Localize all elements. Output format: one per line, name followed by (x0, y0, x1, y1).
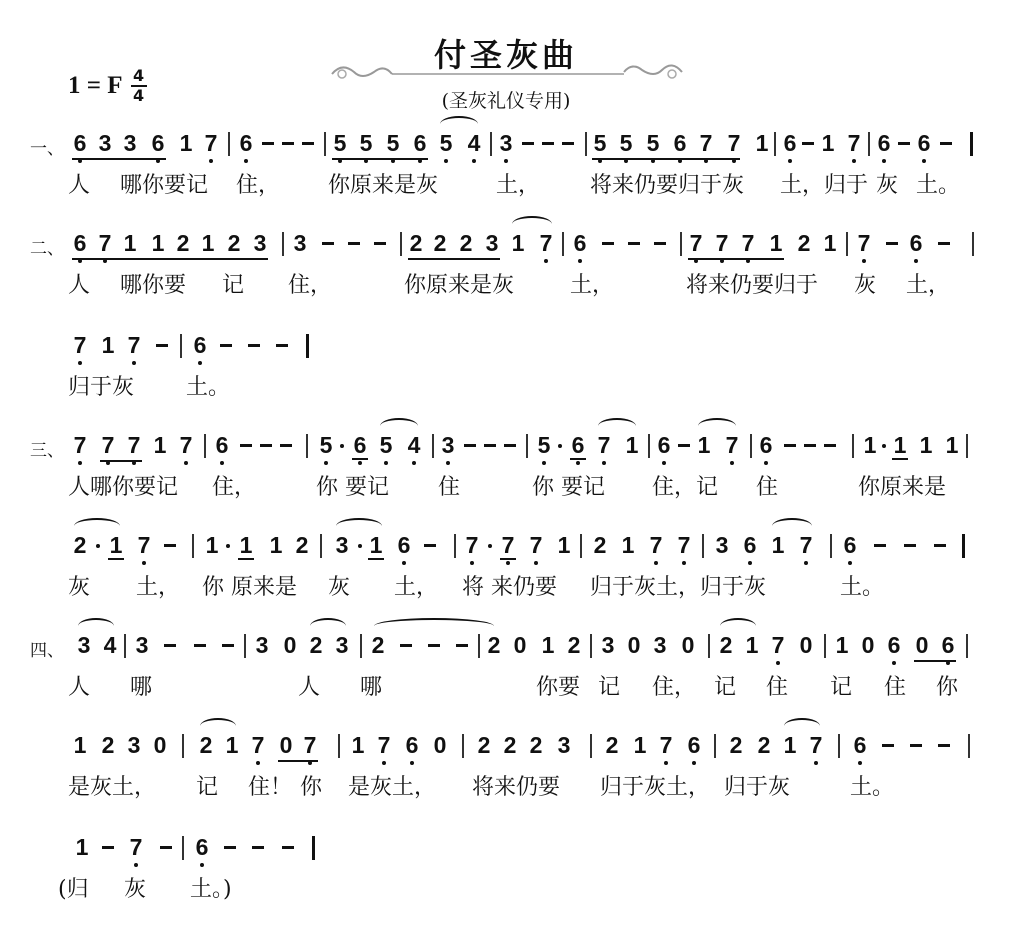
augmentation-dot (358, 544, 362, 548)
barline (228, 132, 230, 156)
note: 1 (540, 632, 556, 658)
verse-number: 三、 (30, 436, 64, 461)
lyric: 记 (714, 670, 736, 701)
augmentation-dot (488, 544, 492, 548)
song-subtitle: (圣灰礼仪专用) (0, 86, 1012, 113)
sustain-dash (940, 142, 952, 145)
note: 0 (626, 632, 642, 658)
note: 7 (856, 230, 872, 256)
lyric: 将来仍要 (472, 770, 560, 801)
verse-4-lyrics-cont: 是灰土， 记 住！ 你 是灰土， 将来仍要 归于灰土， 归于灰 土。 (0, 770, 1012, 800)
lyric: 灰 (328, 570, 350, 601)
barline (490, 132, 492, 156)
lyric: 住 (438, 470, 460, 501)
barline (320, 534, 322, 558)
barline (282, 232, 284, 256)
note: 7 (658, 732, 674, 758)
sustain-dash (262, 142, 274, 145)
sustain-dash (886, 242, 898, 245)
note: 6 (908, 230, 924, 256)
note: 2 (458, 230, 474, 256)
lyric: 记 (196, 770, 218, 801)
lyric: 住， (652, 670, 696, 701)
sustain-dash (282, 142, 294, 145)
note: 7 (846, 130, 862, 156)
sustain-dash (522, 142, 534, 145)
sustain-dash (260, 444, 272, 447)
note: 7 (676, 532, 692, 558)
barline (312, 836, 315, 860)
note: 5 (332, 130, 348, 156)
note: 6 (404, 732, 420, 758)
sustain-dash (456, 644, 468, 647)
lyric: 住， (288, 268, 332, 299)
barline (462, 734, 464, 758)
note: 2 (728, 732, 744, 758)
barline (708, 634, 710, 658)
verse-2-lyrics-cont: 归于灰 土。 (0, 370, 1012, 400)
note: 1 (224, 732, 240, 758)
lyric: 土， (496, 168, 540, 199)
note: 5 (592, 130, 608, 156)
barline (306, 334, 309, 358)
note: 4 (406, 432, 422, 458)
lyric: 灰 (876, 168, 898, 199)
note: 2 (796, 230, 812, 256)
note: 0 (798, 632, 814, 658)
slur-arc (336, 518, 382, 534)
sustain-dash (882, 744, 894, 747)
barline (750, 434, 752, 458)
sustain-dash (194, 644, 206, 647)
verse-1-lyrics: 人 哪你要记 住， 你原来是灰 土， 将来仍要归于灰 土，归于 灰 土。 (0, 168, 1012, 198)
note: 2 (486, 632, 502, 658)
note: 7 (798, 532, 814, 558)
lyric: 住 (766, 670, 788, 701)
note: 6 (570, 432, 586, 460)
verse-4-lyrics-end: (归 灰 土。) (0, 872, 1012, 902)
note: 7 (726, 130, 742, 156)
beam-underline (72, 158, 166, 160)
lyric: 哪你要 (120, 268, 186, 299)
sustain-dash (904, 544, 916, 547)
beam-underline (408, 258, 500, 260)
key-label: 1 = F (68, 72, 123, 100)
sustain-dash (222, 644, 234, 647)
note: 7 (203, 130, 219, 156)
note: 6 (672, 130, 688, 156)
note: 2 (476, 732, 492, 758)
note: 2 (756, 732, 772, 758)
note: 1 (204, 532, 220, 558)
barline (968, 734, 970, 758)
sustain-dash (252, 846, 264, 849)
note: 6 (214, 432, 230, 458)
lyric: 土。 (840, 570, 884, 601)
note: 5 (618, 130, 634, 156)
sustain-dash (628, 242, 640, 245)
lyric: 你原来是灰 (404, 268, 514, 299)
barline (338, 734, 340, 758)
sustain-dash (824, 444, 836, 447)
lyric: 住！ (248, 770, 292, 801)
note: 6 (876, 130, 892, 156)
note: 7 (97, 230, 113, 256)
note: 3 (440, 432, 456, 458)
note: 6 (396, 532, 412, 558)
barline (702, 534, 704, 558)
note: 0 (432, 732, 448, 758)
beam-underline (688, 258, 784, 260)
lyric: 土， (136, 570, 180, 601)
note: 1 (200, 230, 216, 256)
note: 1 (108, 532, 124, 560)
note: 3 (252, 230, 268, 256)
barline (962, 534, 965, 558)
slur-arc (720, 618, 756, 634)
barline (590, 734, 592, 758)
note: 0 (860, 632, 876, 658)
verse-number: 二、 (30, 234, 64, 259)
note: 2 (408, 230, 424, 256)
barline (852, 434, 854, 458)
time-signature: 4 4 (131, 68, 147, 104)
slur-arc (380, 418, 418, 434)
lyric: 记 (830, 670, 852, 701)
sustain-dash (400, 644, 412, 647)
sustain-dash (784, 444, 796, 447)
sustain-dash (678, 444, 690, 447)
note: 7 (740, 230, 756, 256)
note: 6 (742, 532, 758, 558)
sustain-dash (160, 846, 172, 849)
augmentation-dot (226, 544, 230, 548)
sustain-dash (654, 242, 666, 245)
note: 1 (820, 130, 836, 156)
lyric: 土。) (190, 872, 232, 903)
lyric: 哪 (360, 670, 382, 701)
lyric: 哪 (130, 670, 152, 701)
sustain-dash (302, 142, 314, 145)
note: 3 (254, 632, 270, 658)
barline (180, 334, 182, 358)
note: 6 (192, 332, 208, 358)
beam-underline (278, 760, 318, 762)
lyric: 住 (756, 470, 778, 501)
note: 4 (102, 632, 118, 658)
sustain-dash (280, 444, 292, 447)
verse-2-notation-cont: 717 6 (0, 330, 1012, 366)
time-sig-top: 4 (133, 68, 144, 84)
sustain-dash (464, 444, 476, 447)
lyric: 土， (906, 268, 950, 299)
barline (192, 534, 194, 558)
note: 1 (768, 230, 784, 256)
sustain-dash (428, 644, 440, 647)
note: 7 (302, 732, 318, 758)
note: 6 (150, 130, 166, 156)
note: 1 (510, 230, 526, 256)
note: 6 (886, 632, 902, 658)
barline (182, 734, 184, 758)
barline (966, 434, 968, 458)
note: 2 (528, 732, 544, 758)
lyric: 将来仍要归于灰 (590, 168, 744, 199)
note: 6 (656, 432, 672, 458)
lyric: 将 来仍要 (462, 570, 557, 601)
note: 6 (852, 732, 868, 758)
note: 7 (464, 532, 480, 558)
verse-4-notation-end: 17 6 (0, 832, 1012, 868)
barline (360, 634, 362, 658)
lyric: 土。 (186, 370, 230, 401)
barline (454, 534, 456, 558)
verse-number: 四、 (30, 636, 64, 661)
slur-arc (698, 418, 736, 434)
note: 1 (620, 532, 636, 558)
sustain-dash (282, 846, 294, 849)
lyric: 归于灰土，归于灰 (590, 570, 766, 601)
barline (830, 534, 832, 558)
note: 7 (250, 732, 266, 758)
sustain-dash (562, 142, 574, 145)
note: 0 (680, 632, 696, 658)
note: 3 (600, 632, 616, 658)
note: 3 (556, 732, 572, 758)
note: 1 (100, 332, 116, 358)
note: 7 (528, 532, 544, 558)
note: 1 (892, 432, 908, 460)
lyric: 土。 (850, 770, 894, 801)
note: 2 (308, 632, 324, 658)
lyric: 灰 (854, 268, 876, 299)
beam-underline (72, 258, 268, 260)
note: 4 (466, 130, 482, 156)
beam-underline (332, 158, 428, 160)
note: 1 (72, 732, 88, 758)
note: 1 (822, 230, 838, 256)
note: 3 (484, 230, 500, 256)
note: 5 (645, 130, 661, 156)
note: 3 (714, 532, 730, 558)
note: 1 (152, 432, 168, 458)
note: 1 (632, 732, 648, 758)
slur-arc (440, 116, 478, 132)
note: 2 (592, 532, 608, 558)
sustain-dash (220, 344, 232, 347)
barline (970, 132, 973, 156)
note: 0 (278, 732, 294, 758)
barline (868, 132, 870, 156)
note: 2 (718, 632, 734, 658)
lyric: 住， (212, 470, 256, 501)
barline (846, 232, 848, 256)
note: 1 (74, 834, 90, 860)
note: 7 (770, 632, 786, 658)
barline (824, 634, 826, 658)
note: 7 (648, 532, 664, 558)
barline (400, 232, 402, 256)
note: 1 (944, 432, 960, 458)
lyric: 归于灰 (724, 770, 790, 801)
note: 1 (834, 632, 850, 658)
note: 6 (940, 632, 956, 658)
lyric: 土， (570, 268, 614, 299)
note: 1 (150, 230, 166, 256)
verse-3-notation-cont: 21 7 1112 31 6 7771 2177 3617 6 (0, 530, 1012, 566)
augmentation-dot (340, 444, 344, 448)
lyric: 住 (884, 670, 906, 701)
verse-3-lyrics: 人哪你要记 住， 你 要记 住 你 要记 住，记 住 你原来是 (0, 470, 1012, 500)
note: 2 (198, 732, 214, 758)
verse-4-notation-cont: 1230 21 707 1760 2223 2176 2217 6 (0, 730, 1012, 766)
sustain-dash (102, 846, 114, 849)
note: 2 (502, 732, 518, 758)
slur-arc (784, 718, 820, 734)
note: 2 (72, 532, 88, 558)
note: 3 (498, 130, 514, 156)
note: 3 (97, 130, 113, 156)
slur-arc (772, 518, 812, 534)
barline (774, 132, 776, 156)
note: 6 (352, 432, 368, 460)
lyric: 土，归于 (780, 168, 868, 199)
barline (966, 634, 968, 658)
note: 3 (292, 230, 308, 256)
verse-1-notation: 一、 6336 17 6 5556 54 3 555677 1 617 66 (0, 128, 1012, 164)
note: 7 (136, 532, 152, 558)
note: 1 (268, 532, 284, 558)
barline (972, 232, 974, 256)
slur-arc (374, 618, 494, 634)
note: 3 (652, 632, 668, 658)
augmentation-dot (558, 444, 562, 448)
beam-underline (914, 660, 956, 662)
slur-arc (200, 718, 236, 734)
note: 6 (686, 732, 702, 758)
note: 5 (438, 130, 454, 156)
barline (838, 734, 840, 758)
lyric: 你 要记 (532, 470, 605, 501)
sustain-dash (276, 344, 288, 347)
note: 5 (385, 130, 401, 156)
sustain-dash (898, 142, 910, 145)
sustain-dash (248, 344, 260, 347)
note: 5 (358, 130, 374, 156)
note: 7 (126, 332, 142, 358)
note: 0 (512, 632, 528, 658)
sustain-dash (484, 444, 496, 447)
sustain-dash (374, 242, 386, 245)
note: 6 (782, 130, 798, 156)
lyric: 是灰土， (348, 770, 436, 801)
verse-3-lyrics-cont: 灰 土， 你 原来是 灰 土， 将 来仍要 归于灰土，归于灰 土。 (0, 570, 1012, 600)
barline (590, 634, 592, 658)
lyric: 土。 (916, 168, 960, 199)
lyric: 人 (68, 168, 90, 199)
note: 3 (126, 732, 142, 758)
note: 0 (914, 632, 930, 658)
note: 7 (688, 230, 704, 256)
barline (182, 836, 184, 860)
lyric: 是灰土， (68, 770, 156, 801)
note: 0 (152, 732, 168, 758)
lyric: 住，记 (652, 470, 718, 501)
sustain-dash (802, 142, 814, 145)
lyric: 你 (300, 770, 322, 801)
barline (648, 434, 650, 458)
augmentation-dot (882, 444, 886, 448)
lyric: 人哪你要记 (68, 470, 178, 501)
note: 1 (368, 532, 384, 560)
verse-2-lyrics: 人 哪你要 记 住， 你原来是灰 土， 将来仍要归于 灰 土， (0, 268, 1012, 298)
sustain-dash (910, 744, 922, 747)
barline (306, 434, 308, 458)
sustain-dash (164, 544, 176, 547)
note: 6 (194, 834, 210, 860)
sustain-dash (504, 444, 516, 447)
key-signature: 1 = F 4 4 (68, 68, 147, 104)
note: 2 (175, 230, 191, 256)
lyric: 你 要记 (316, 470, 389, 501)
lyric: 人 (298, 670, 320, 701)
lyric: 归于灰土， (600, 770, 710, 801)
lyric: 你 (936, 670, 958, 701)
note: 5 (536, 432, 552, 458)
note: 3 (334, 532, 350, 558)
beam-underline (100, 460, 142, 462)
slur-arc (512, 216, 552, 232)
note: 6 (842, 532, 858, 558)
note: 7 (596, 432, 612, 458)
note: 1 (556, 532, 572, 558)
beam-underline (592, 158, 740, 160)
note: 1 (918, 432, 934, 458)
note: 7 (128, 834, 144, 860)
note: 5 (318, 432, 334, 458)
note: 6 (572, 230, 588, 256)
lyric: 土， (394, 570, 438, 601)
note: 5 (378, 432, 394, 458)
note: 7 (100, 432, 116, 458)
lyric: 你原来是 (858, 470, 946, 501)
note: 3 (134, 632, 150, 658)
barline (204, 434, 206, 458)
note: 1 (770, 532, 786, 558)
note: 7 (724, 432, 740, 458)
barline (585, 132, 587, 156)
time-sig-bottom: 4 (133, 88, 144, 104)
lyric: 人 (68, 268, 90, 299)
sustain-dash (164, 644, 176, 647)
sustain-dash (240, 444, 252, 447)
note: 7 (126, 432, 142, 458)
verse-4-lyrics: 人 哪 人 哪 你要 记 住， 记 住 记 住 你 (0, 670, 1012, 700)
lyric: 你要 (536, 670, 580, 701)
note: 1 (754, 130, 770, 156)
sustain-dash (322, 242, 334, 245)
note: 7 (376, 732, 392, 758)
note: 7 (538, 230, 554, 256)
note: 2 (432, 230, 448, 256)
barline (478, 634, 480, 658)
sustain-dash (934, 544, 946, 547)
lyric: 人 (68, 670, 90, 701)
note: 1 (238, 532, 254, 560)
sustain-dash (938, 744, 950, 747)
note: 1 (624, 432, 640, 458)
sustain-dash (602, 242, 614, 245)
